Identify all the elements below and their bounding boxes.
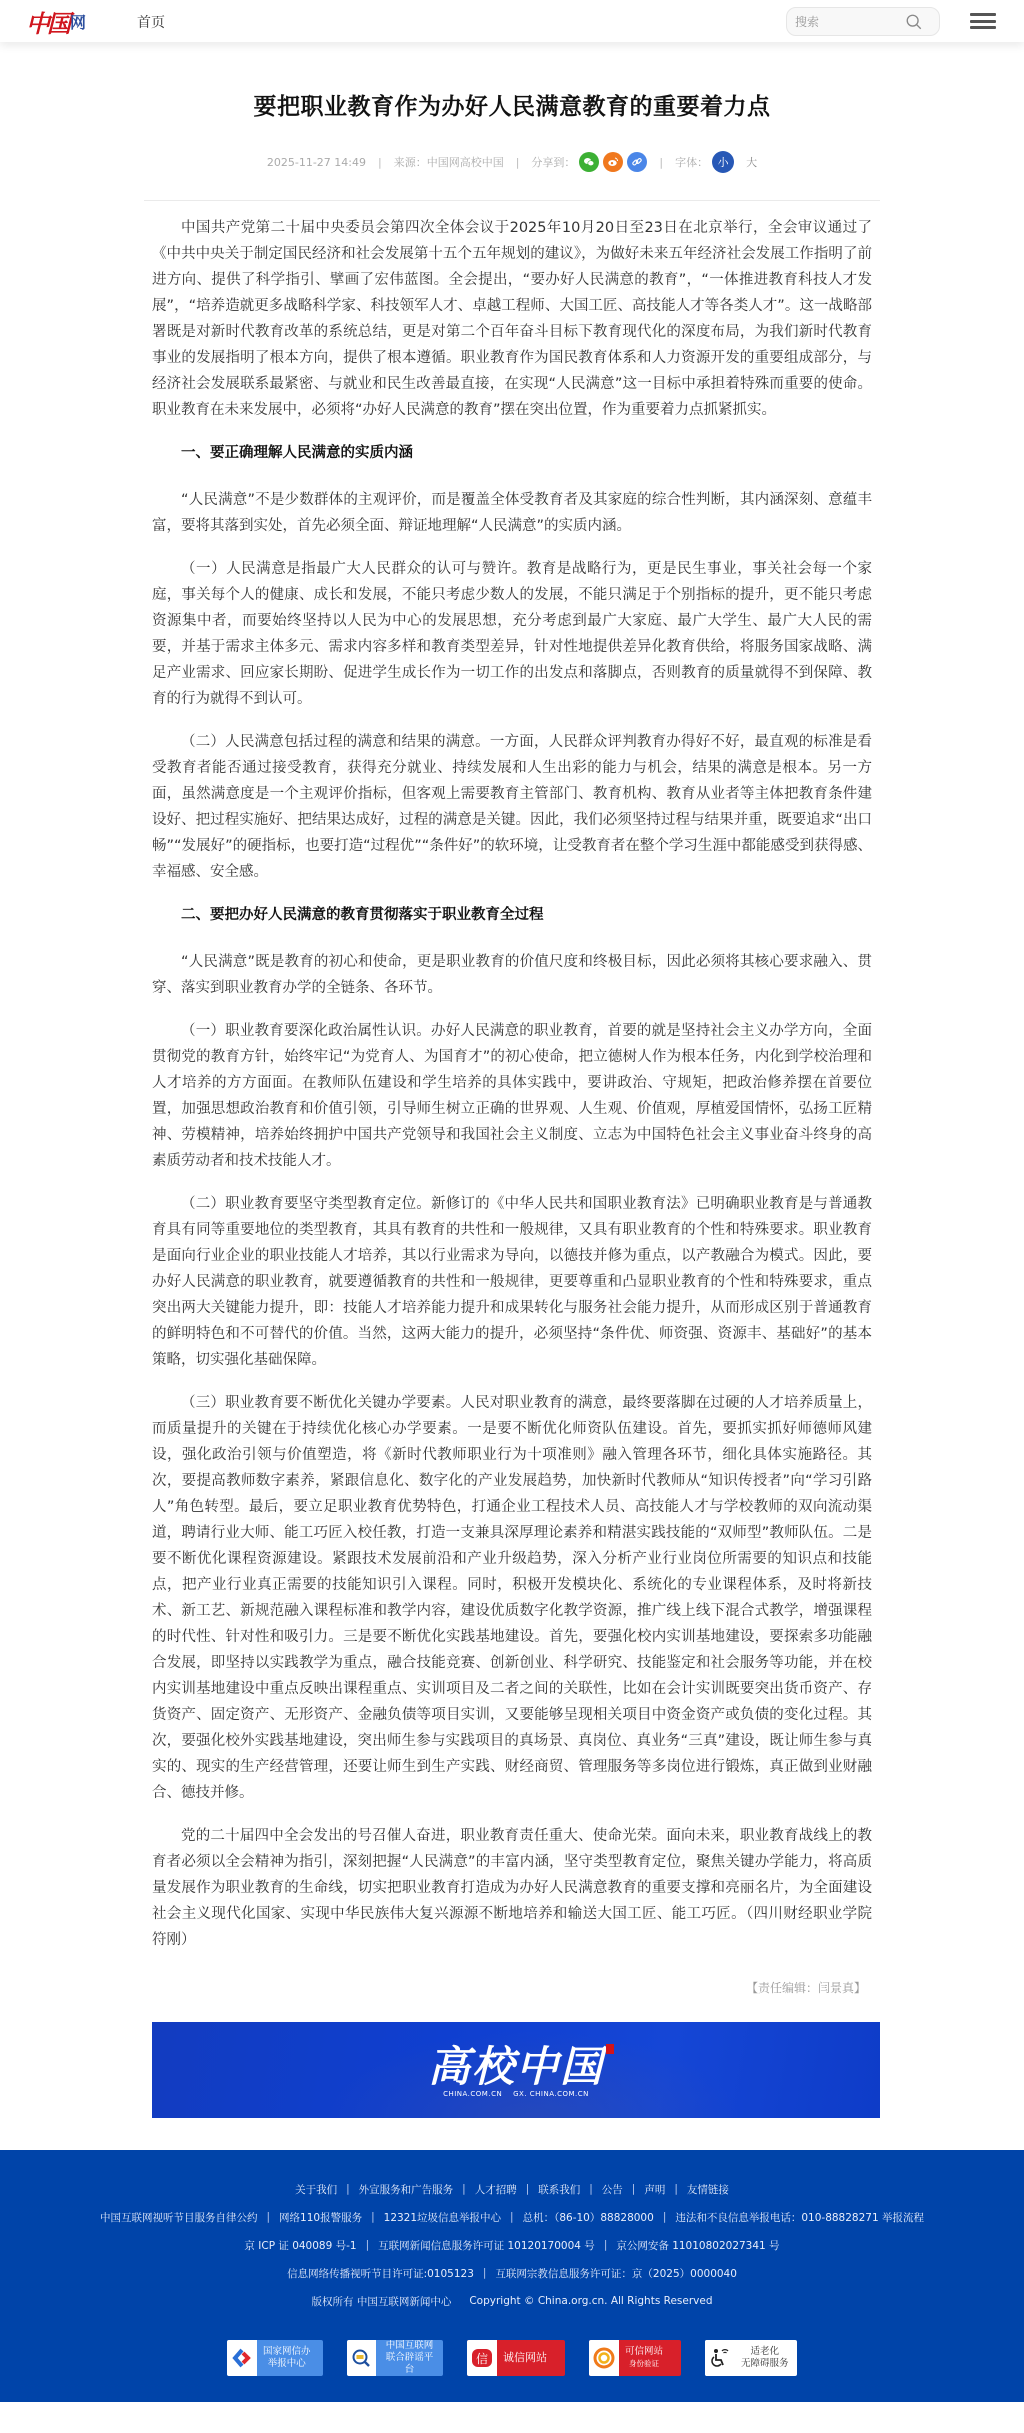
rumor-magnifier-icon [347,2340,376,2376]
publish-datetime: 2025-11-27 14:49 [267,156,366,169]
top-header: 中国 网 首页 [0,0,1024,42]
badge-accessibility[interactable]: 适老化无障碍服务 [705,2340,797,2376]
paragraph: （一）人民满意是指最广大人民群众的认可与赞许。教育是战略行为，更是民生事业，事关… [152,556,872,712]
banner-urls: CHINA.COM.CN GX. CHINA.COM.CN [428,2090,604,2098]
source-name: 中国网高校中国 [427,154,504,170]
badge-cac-report-center[interactable]: 国家网信办举报中心 [227,2340,323,2376]
site-logo[interactable]: 中国 网 [26,4,96,38]
footer-links-row: 关于我们| 外宣服务和广告服务| 人才招聘| 联系我们| 公告| 声明| 友情链… [0,2180,1024,2198]
share-link-button[interactable] [627,152,647,172]
gaoxiao-china-banner[interactable]: 高校中国 CHINA.COM.CN GX. CHINA.COM.CN [152,2022,880,2118]
footer-badges: 国家网信办举报中心 中国互联网联合辟谣平台 信 诚信网站 可信网站身份验证 适老… [0,2340,1024,2376]
paragraph: （一）职业教育要深化政治属性认识。办好人民满意的职业教育，首要的就是坚持社会主义… [152,1018,872,1174]
share-wechat-button[interactable] [579,152,599,172]
banner-brand: 高校中国 CHINA.COM.CN GX. CHINA.COM.CN [428,2042,604,2098]
footer-copyright: 版权所有 中国互联网新闻中心 Copyright © China.org.cn.… [0,2292,1024,2310]
banner-title: 高校中国 [428,2042,604,2092]
hamburger-menu-icon[interactable] [970,13,996,29]
search-box [786,7,940,36]
share-label: 分享到： [531,154,575,170]
footer-icp[interactable]: 京 ICP 证 040089 号-1 [244,2238,356,2253]
font-large-button[interactable]: 大 [746,154,757,170]
seal-icon [606,2044,614,2054]
article-meta: 2025-11-27 14:49 | 来源： 中国网高校中国 | 分享到： | … [144,150,880,174]
paragraph: （三）职业教育要不断优化关键办学要素。人民对职业教育的满意，最终要落脚在过硬的人… [152,1390,872,1806]
footer-av-license: 信息网络传播视听节目许可证:0105123 [287,2266,474,2281]
logo-suffix: 网 [70,10,86,33]
paragraph: （二）人民满意包括过程的满意和结果的满意。一方面，人民群众评判教育办得好不好，最… [152,729,872,885]
trusted-site-icon [589,2340,619,2376]
footer-link-about[interactable]: 关于我们 [295,2182,337,2197]
nav-home-link[interactable]: 首页 [137,12,165,32]
paragraph: “人民满意”不是少数群体的主观评价，而是覆盖全体受教育者及其家庭的综合性判断，其… [152,487,872,539]
footer-news-license: 互联网新闻信息服务许可证 10120170004 号 [378,2238,595,2253]
footer-link-ads[interactable]: 外宣服务和广告服务 [359,2182,454,2197]
credit-xin-icon: 信 [467,2340,497,2376]
footer-switchboard: 总机：（86-10）88828000 [523,2210,654,2225]
banner-url-2: GX. CHINA.COM.CN [513,2090,589,2098]
article-body: 中国共产党第二十届中央委员会第四次全体会议于2025年10月20日至23日在北京… [144,201,880,1996]
badge-label: 诚信网站 [497,2352,553,2364]
copyright-cn: 版权所有 中国互联网新闻中心 [312,2294,452,2309]
search-input[interactable] [795,15,905,29]
paragraph: “人民满意”既是教育的初心和使命，更是职业教育的价值尺度和终极目标，因此必须将其… [152,949,872,1001]
article: 要把职业教育作为办好人民满意教育的重要着力点 2025-11-27 14:49 … [144,42,880,2118]
badge-credit-site[interactable]: 信 诚信网站 [467,2340,565,2376]
search-icon[interactable] [905,13,923,31]
footer-police-record[interactable]: 京公网安备 11010802027341 号 [616,2238,779,2253]
badge-label: 国家网信办举报中心 [257,2346,317,2370]
footer-link-12321[interactable]: 12321垃圾信息举报中心 [384,2210,501,2225]
meta-divider: | [516,156,520,169]
meta-divider: | [378,156,382,169]
badge-label: 适老化无障碍服务 [735,2346,795,2370]
paragraph: （二）职业教育要坚守类型教育定位。新修订的《中华人民共和国职业教育法》已明确职业… [152,1191,872,1373]
footer-link-friends[interactable]: 友情链接 [687,2182,729,2197]
section-heading: 一、要正确理解人民满意的实质内涵 [152,440,872,466]
svg-text:信: 信 [476,2351,488,2366]
weibo-icon [607,156,619,168]
footer-religion-license: 互联网宗教信息服务许可证：京（2025）0000040 [495,2266,736,2281]
article-title: 要把职业教育作为办好人民满意教育的重要着力点 [144,90,880,124]
paragraph: 党的二十届四中全会发出的号召催人奋进，职业教育责任重大、使命光荣。面向未来，职业… [152,1823,872,1953]
wechat-icon [583,156,595,168]
banner-url-1: CHINA.COM.CN [443,2090,502,2098]
footer-service-row: 中国互联网视听节目服务自律公约| 网络110报警服务| 12321垃圾信息举报中… [0,2208,1024,2226]
cac-report-icon [227,2340,257,2376]
accessibility-wheelchair-icon [705,2340,735,2376]
footer-link-jobs[interactable]: 人才招聘 [475,2182,517,2197]
footer-link-110[interactable]: 网络110报警服务 [279,2210,362,2225]
badge-label: 中国互联网联合辟谣平台 [376,2340,443,2376]
badge-rumor-platform[interactable]: 中国互联网联合辟谣平台 [347,2340,443,2376]
source-label: 来源： [394,154,427,170]
font-size-label: 字体： [675,154,708,170]
footer-license-row-2: 信息网络传播视听节目许可证:0105123| 互联网宗教信息服务许可证：京（20… [0,2264,1024,2282]
section-heading: 二、要把办好人民满意的教育贯彻落实于职业教育全过程 [152,902,872,928]
copyright-en: Copyright © China.org.cn. All Rights Res… [469,2295,712,2307]
logo-mark: 中国 [26,4,68,39]
font-small-button[interactable]: 小 [712,151,734,173]
footer-link-self-discipline[interactable]: 中国互联网视听节目服务自律公约 [100,2210,258,2225]
paragraph: 中国共产党第二十届中央委员会第四次全体会议于2025年10月20日至23日在北京… [152,215,872,423]
footer-link-contact[interactable]: 联系我们 [538,2182,580,2197]
footer-link-notice[interactable]: 公告 [602,2182,623,2197]
link-icon [631,156,643,168]
responsible-editor: 【责任编辑：闫景真】 [152,1979,872,1996]
badge-label: 可信网站身份验证 [619,2346,669,2370]
badge-trusted-site[interactable]: 可信网站身份验证 [589,2340,681,2376]
footer-link-statement[interactable]: 声明 [644,2182,665,2197]
footer-report-hotline[interactable]: 违法和不良信息举报电话：010-88828271 举报流程 [675,2210,924,2225]
share-weibo-button[interactable] [603,152,623,172]
footer-license-row: 京 ICP 证 040089 号-1| 互联网新闻信息服务许可证 1012017… [0,2236,1024,2254]
site-footer: 关于我们| 外宣服务和广告服务| 人才招聘| 联系我们| 公告| 声明| 友情链… [0,2150,1024,2402]
meta-divider: | [659,156,663,169]
